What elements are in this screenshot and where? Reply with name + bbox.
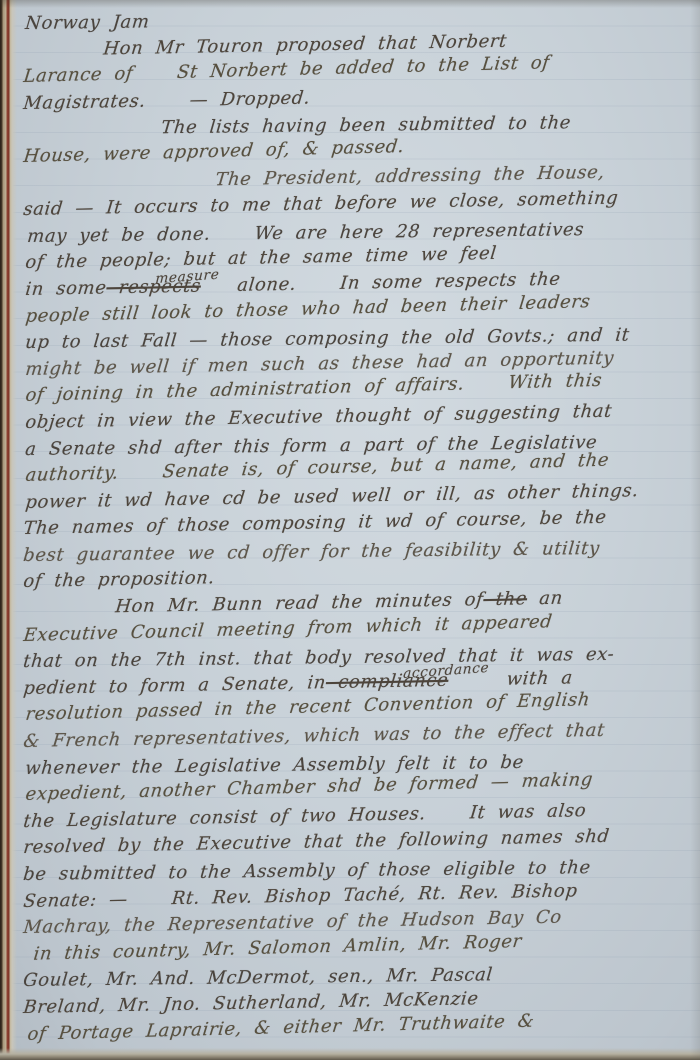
handwritten-text: Rt. Rev. Bishop Taché, Rt. Rev. Bishop — [171, 880, 579, 909]
handwritten-text: With this — [507, 370, 603, 394]
handwritten-text: Senate: — — [22, 889, 129, 912]
page-edge-right — [690, 0, 700, 1060]
page-edge-bottom — [0, 1048, 700, 1060]
interlinear-insertion: accordance — [402, 655, 489, 688]
page-edge-top — [0, 0, 700, 8]
handwritten-text: alone. — [224, 274, 297, 296]
book-gutter — [0, 0, 17, 1060]
handwritten-text: Magistrates. — [22, 90, 146, 113]
handwritten-text: authority. — [24, 463, 119, 487]
handwritten-text: It was also — [469, 800, 587, 823]
handwritten-text: an — [526, 588, 564, 610]
handwritten-text: in some — [24, 277, 107, 300]
interlinear-insertion: measure — [154, 262, 219, 293]
handwritten-text: of the proposition. — [22, 568, 215, 593]
handwritten-text: with a — [493, 667, 574, 690]
manuscript-photo: Norway JamHon Mr Touron proposed that No… — [0, 0, 700, 1060]
handwritten-text: Larance of — [22, 63, 134, 87]
manuscript-lines: Norway JamHon Mr Touron proposed that No… — [22, 11, 696, 1048]
handwritten-text: — Dropped. — [189, 87, 312, 110]
handwritten-text: may yet be done. — [26, 223, 211, 246]
handwritten-text: The President, addressing the House, — [214, 161, 606, 190]
handwritten-text: Norway Jam — [24, 11, 150, 34]
struck-out-text: the — [482, 588, 528, 610]
